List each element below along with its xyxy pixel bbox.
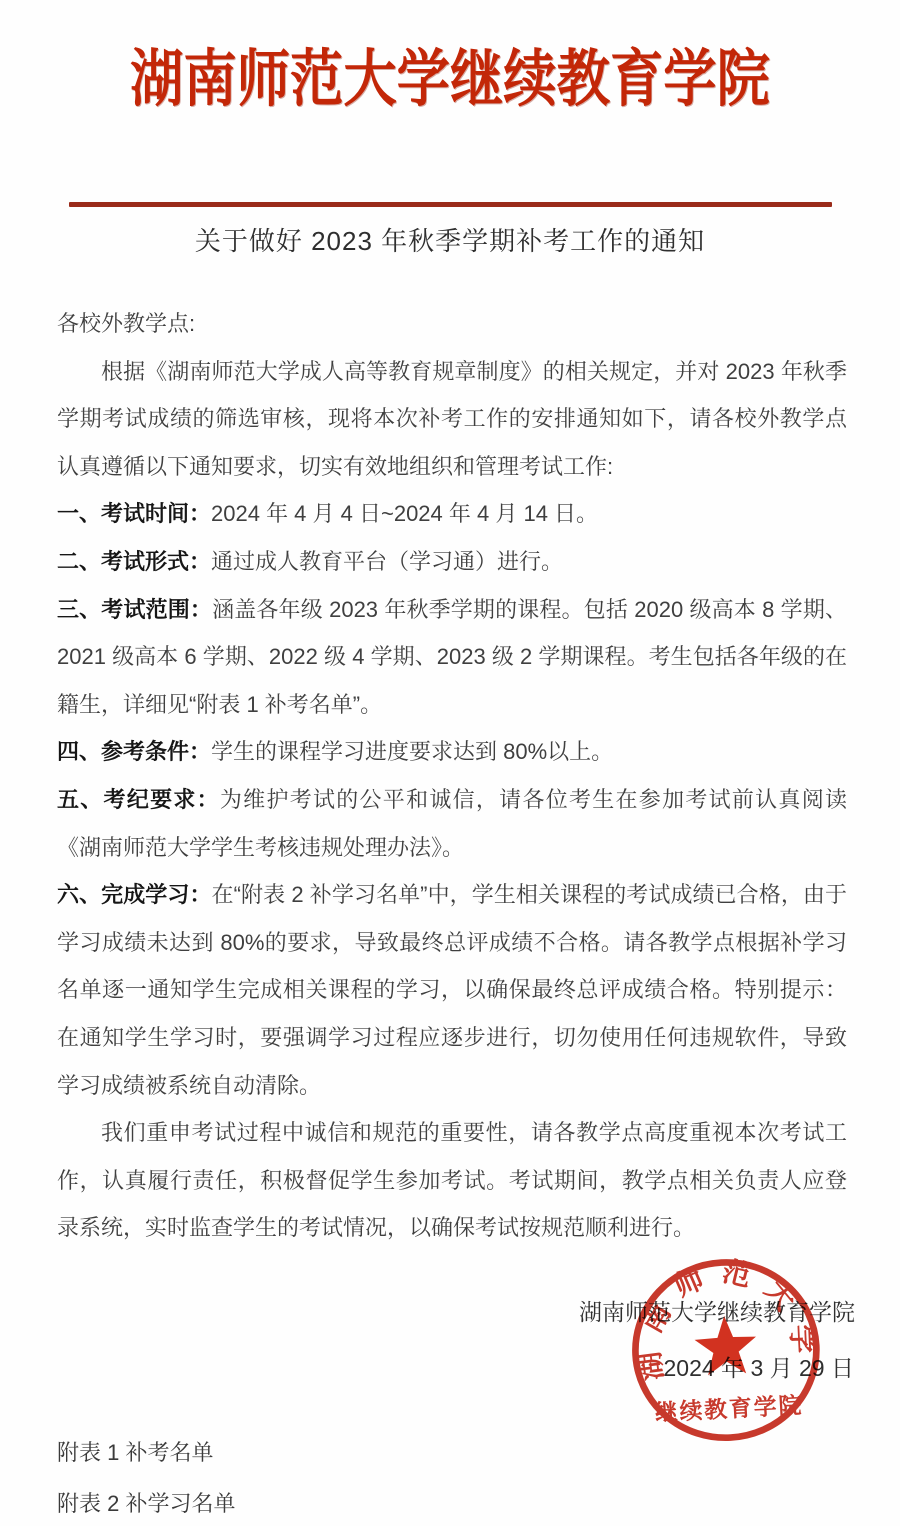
item-exam-conditions: 四、参考条件：学生的课程学习进度要求达到 80%以上。 (57, 728, 847, 776)
signature-date: 2024 年 3 月 29 日 (664, 1350, 855, 1383)
item-exam-time: 一、考试时间：2024 年 4 月 4 日~2024 年 4 月 14 日。 (57, 490, 847, 538)
item-exam-format: 二、考试形式：通过成人教育平台（学习通）进行。 (57, 538, 847, 586)
item-exam-format-text: 通过成人教育平台（学习通）进行。 (211, 549, 563, 574)
item-complete-study-text: 在“附表 2 补学习名单”中，学生相关课程的考试成绩已合格，由于学习成绩未达到 … (57, 882, 847, 1097)
item-exam-discipline-label: 五、考纪要求： (57, 787, 220, 812)
letterhead-divider-rule (69, 202, 832, 207)
seal-bottom-text: 继续教育学院 (654, 1392, 804, 1426)
item-exam-conditions-text: 学生的课程学习进度要求达到 80%以上。 (211, 739, 613, 764)
item-exam-scope: 三、考试范围：涵盖各年级 2023 年秋季学期的课程。包括 2020 级高本 8… (57, 586, 847, 729)
item-exam-format-label: 二、考试形式： (57, 549, 211, 574)
attachment-list-item-2: 附表 2 补学习名单 (57, 1487, 235, 1518)
signature-organization: 湖南师范大学继续教育学院 (579, 1294, 855, 1327)
item-exam-time-text: 2024 年 4 月 4 日~2024 年 4 月 14 日。 (211, 501, 598, 526)
closing-paragraph: 我们重申考试过程中诚信和规范的重要性，请各教学点高度重视本次考试工作，认真履行责… (57, 1109, 847, 1252)
item-exam-time-label: 一、考试时间： (57, 501, 211, 526)
intro-paragraph: 根据《湖南师范大学成人高等教育规章制度》的相关规定，并对 2023 年秋季学期考… (57, 348, 847, 491)
item-exam-scope-label: 三、考试范围： (57, 597, 212, 622)
item-complete-study: 六、完成学习：在“附表 2 补学习名单”中，学生相关课程的考试成绩已合格，由于学… (57, 871, 847, 1109)
item-exam-discipline: 五、考纪要求：为维护考试的公平和诚信，请各位考生在参加考试前认真阅读《湖南师范大… (57, 776, 847, 871)
notice-document-page: 湖南师范大学继续教育学院 关于做好 2023 年秋季学期补考工作的通知 各校外教… (0, 0, 900, 1526)
document-title: 关于做好 2023 年秋季学期补考工作的通知 (0, 223, 900, 259)
attachment-list-item-1: 附表 1 补考名单 (57, 1436, 213, 1467)
letterhead-title: 湖南师范大学继续教育学院 (63, 0, 837, 127)
document-body: 各校外教学点: 根据《湖南师范大学成人高等教育规章制度》的相关规定，并对 202… (57, 300, 847, 1252)
salutation: 各校外教学点: (57, 300, 847, 348)
item-exam-conditions-label: 四、参考条件： (57, 739, 211, 764)
item-complete-study-label: 六、完成学习： (57, 882, 212, 907)
